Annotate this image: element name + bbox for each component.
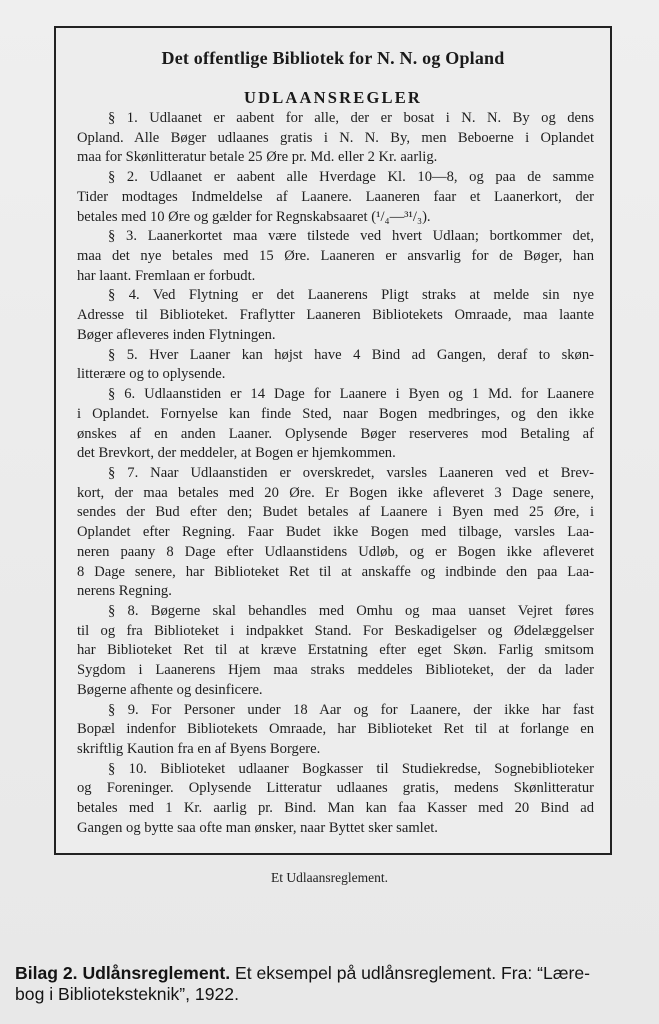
section-8-line-3: har Biblioteket Ret til at kræve Erstatn… — [77, 641, 594, 661]
appendix-caption: Bilag 2. Udlånsreglement. Et eksempel på… — [15, 963, 650, 1005]
section-8-line-5: Bøgerne afhente og desinficere. — [77, 681, 594, 701]
section-7-line-1: § 7. Naar Udlaanstiden er overskredet, v… — [77, 464, 594, 484]
section-6-line-4: det Brevkort, der meddeler, at Bogen er … — [77, 444, 594, 464]
section-7-line-3: sendes der Bud efter den; Budet betales … — [77, 503, 594, 523]
section-2-line-2: Tider modtages Indmeldelse af Laanere. L… — [77, 188, 594, 208]
section-9-line-3: skriftlig Kaution fra en af Byens Borger… — [77, 740, 594, 760]
section-2-line-1: § 2. Udlaanet er aabent alle Hverdage Kl… — [77, 168, 594, 188]
section-1-line-3: maa for Skønlitteratur betale 25 Øre pr.… — [77, 148, 594, 168]
section-6-line-2: i Oplandet. Fornyelse kan finde Sted, na… — [77, 405, 594, 425]
appendix-caption-line-2: bog i Biblioteksteknik”, 1922. — [15, 984, 650, 1005]
section-8-line-2: til og fra Biblioteket i indpakket Stand… — [77, 622, 594, 642]
appendix-caption-line-1: Bilag 2. Udlånsreglement. Et eksempel på… — [15, 963, 650, 984]
section-9-line-2: Bopæl indenfor Bibliotekets Omraade, har… — [77, 720, 594, 740]
section-6-line-1: § 6. Udlaanstiden er 14 Dage for Laanere… — [77, 385, 594, 405]
section-3-line-1: § 3. Laanerkortet maa være tilstede ved … — [77, 227, 594, 247]
section-7-line-6: 8 Dage senere, har Biblioteket Ret til a… — [77, 563, 594, 583]
section-3-line-2: maa det nye betales med 15 Øre. Laaneren… — [77, 247, 594, 267]
section-10-line-3: betales med 1 Kr. aarlig pr. Bind. Man k… — [77, 799, 594, 819]
section-4-line-1: § 4. Ved Flytning er det Laanerens Pligt… — [77, 286, 594, 306]
section-5-line-1: § 5. Hver Laaner kan højst have 4 Bind a… — [77, 346, 594, 366]
rules-frame: Det offentlige Bibliotek for N. N. og Op… — [54, 26, 612, 855]
section-8-line-1: § 8. Bøgerne skal behandles med Omhu og … — [77, 602, 594, 622]
document-title: Det offentlige Bibliotek for N. N. og Op… — [56, 48, 610, 69]
section-7-line-4: Oplandet efter Regning. Faar Budet ikke … — [77, 523, 594, 543]
document-subtitle: UDLAANSREGLER — [56, 88, 610, 108]
section-1-line-1: § 1. Udlaanet er aabent for alle, der er… — [77, 109, 594, 129]
section-9-line-1: § 9. For Personer under 18 Aar og for La… — [77, 701, 594, 721]
rules-body: § 1. Udlaanet er aabent for alle, der er… — [77, 109, 594, 839]
section-10-line-4: Gangen og bytte saa ofte man ønsker, naa… — [77, 819, 594, 839]
section-7-line-5: neren paany 8 Dage efter Udlaanstidens U… — [77, 543, 594, 563]
appendix-caption-text: Et eksempel på udlånsreglement. Fra: “Læ… — [230, 963, 590, 983]
section-7-line-2: kort, der maa betales med 20 Øre. Er Bog… — [77, 484, 594, 504]
section-2-line-3: betales med 10 Øre og gælder for Regnska… — [77, 208, 594, 228]
figure-caption: Et Udlaansreglement. — [0, 870, 659, 886]
section-7-line-7: nerens Regning. — [77, 582, 594, 602]
section-10-line-1: § 10. Biblioteket udlaaner Bogkasser til… — [77, 760, 594, 780]
section-3-line-3: har laant. Fremlaan er forbudt. — [77, 267, 594, 287]
section-5-line-2: litterære og to oplysende. — [77, 365, 594, 385]
section-10-line-2: og Foreninger. Oplysende Litteratur udla… — [77, 779, 594, 799]
appendix-label: Bilag 2. Udlånsreglement. — [15, 963, 230, 983]
section-6-line-3: ønskes af en anden Laaner. Oplysende Bøg… — [77, 425, 594, 445]
section-1-line-2: Opland. Alle Bøger udlaanes gratis i N. … — [77, 129, 594, 149]
section-4-line-2: Adresse til Biblioteket. Fraflytter Laan… — [77, 306, 594, 326]
section-4-line-3: Bøger afleveres inden Flytningen. — [77, 326, 594, 346]
section-8-line-4: Sygdom i Laanerens Hjem maa straks medde… — [77, 661, 594, 681]
